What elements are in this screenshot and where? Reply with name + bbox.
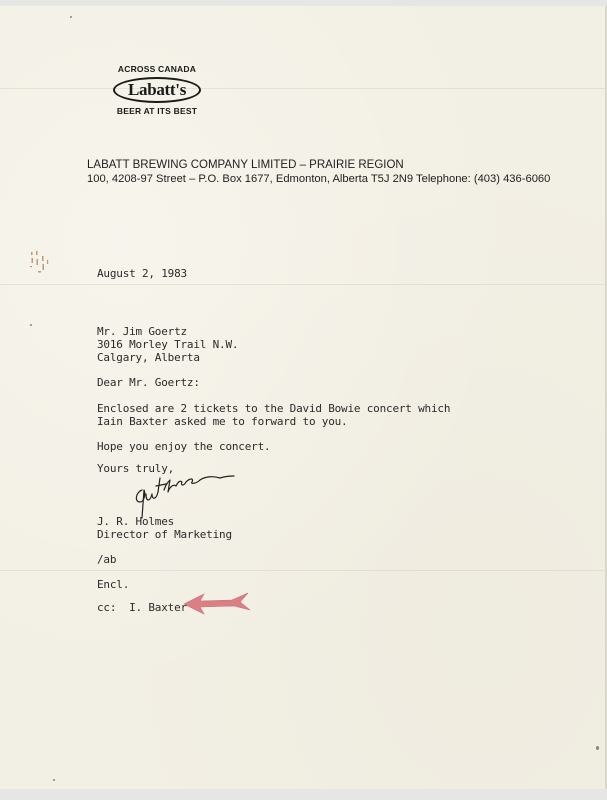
company-header: LABATT BREWING COMPANY LIMITED – PRAIRIE…: [87, 158, 550, 186]
signer-name: J. R. Holmes: [97, 516, 174, 529]
company-name: LABATT BREWING COMPANY LIMITED – PRAIRIE…: [87, 158, 550, 172]
paper-fold: [0, 284, 605, 285]
body-line: Enclosed are 2 tickets to the David Bowi…: [97, 403, 450, 416]
paper-speck: [70, 16, 72, 18]
paper-fold: [0, 88, 605, 89]
letter-date: August 2, 1983: [97, 268, 187, 281]
reference-initials: /ab: [97, 554, 116, 567]
enclosure-note: Encl.: [97, 579, 129, 592]
recipient-name: Mr. Jim Goertz: [97, 326, 187, 339]
stain-marks: [28, 248, 54, 276]
recipient-street: 3016 Morley Trail N.W.: [97, 339, 238, 352]
red-arrow-annotation: [182, 590, 252, 616]
logo-tagline-bottom: BEER AT ITS BEST: [106, 106, 208, 116]
closing-line: Hope you enjoy the concert.: [97, 441, 270, 454]
labatts-logo: ACROSS CANADA Labatt's BEER AT ITS BEST: [106, 64, 208, 116]
company-address: 100, 4208-97 Street – P.O. Box 1677, Edm…: [87, 172, 550, 186]
signer-title: Director of Marketing: [97, 529, 232, 542]
logo-tagline-top: ACROSS CANADA: [106, 64, 208, 74]
paper-speck: [53, 779, 55, 781]
paper-speck: [30, 324, 32, 326]
recipient-city: Calgary, Alberta: [97, 352, 200, 365]
letter-page: ACROSS CANADA Labatt's BEER AT ITS BEST …: [0, 6, 607, 789]
cc-line: cc: I. Baxter: [97, 602, 187, 615]
paper-speck: [596, 746, 599, 750]
logo-oval: Labatt's: [113, 77, 201, 103]
paper-fold: [0, 570, 605, 571]
salutation: Dear Mr. Goertz:: [97, 377, 200, 390]
body-line: Iain Baxter asked me to forward to you.: [97, 416, 347, 429]
